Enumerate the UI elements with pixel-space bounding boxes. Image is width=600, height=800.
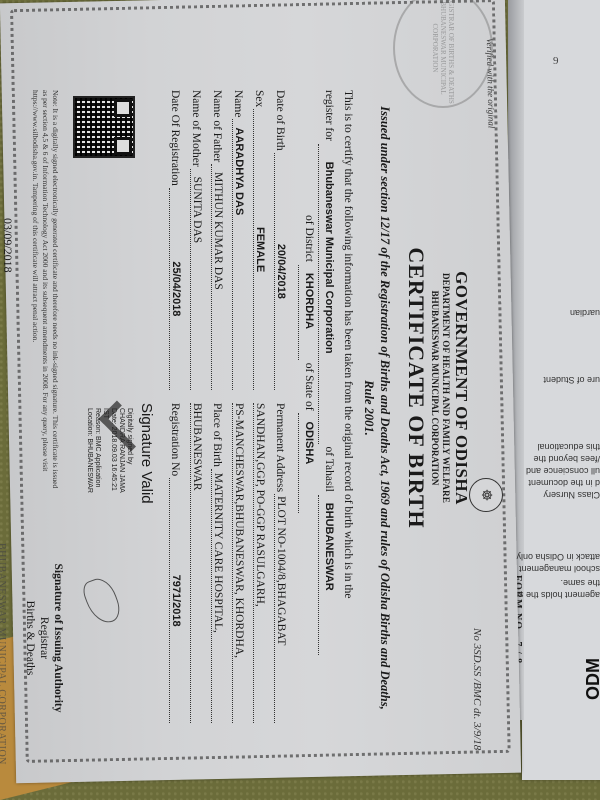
handwritten-reference: No 3SD.SS /BMC dt. 3/9/18 <box>470 628 483 750</box>
register-for-label: register for <box>323 90 335 141</box>
child-details: Date of Birth 20/04/2018 Sex FEMALE Name… <box>169 90 295 390</box>
qr-code-icon <box>73 96 135 158</box>
field-date-of-registration: Date Of Registration 25/04/2018 <box>169 90 190 390</box>
district-value: KHORDHA <box>298 265 318 360</box>
certificate-title: CERTIFICATE OF BIRTH <box>403 8 429 768</box>
field-father-name: Name of Father MITHUN KUMAR DAS <box>211 90 232 390</box>
background-form-line: Class Nursery <box>543 490 600 500</box>
background-form-line: ure of Student <box>543 375 600 385</box>
government-heading: GOVERNMENT OF ODISHA <box>451 8 471 768</box>
field-name: Name AARADHYA DAS <box>232 90 253 390</box>
field-place-of-birth: Place of Birth MATERNITY CARE HOSPITAL, <box>211 403 232 723</box>
address-line: SANDHAN,GGP, PO-GGP RASULGARH, <box>253 403 274 723</box>
district-label: of District <box>303 215 315 262</box>
background-form-line: the same. <box>560 578 600 588</box>
register-for-value: Bhubaneswar Municipal Corporation <box>318 144 338 444</box>
field-registration-number: Registration No 7971/2018 <box>169 403 190 723</box>
field-sex: Sex FEMALE <box>253 90 274 390</box>
background-form-line: uardian <box>570 308 600 318</box>
tahasil-label: of Tahasil <box>323 447 335 492</box>
background-form-line: /fees beyond the <box>533 454 600 464</box>
field-date-of-birth: Date of Birth 20/04/2018 <box>274 90 295 390</box>
issuing-authority: Signature of Issuing Authority Registrar… <box>23 528 65 748</box>
legal-note: Note: It is a digitally signed electroni… <box>30 90 60 490</box>
issued-under-text: Issued under section 12/17 of the Regist… <box>361 98 393 718</box>
ink-signature <box>80 574 124 627</box>
place-line: BHUBANESWAR <box>190 403 211 723</box>
certify-line: This is to certify that the following in… <box>338 90 357 730</box>
state-value: ODISHA <box>298 413 318 513</box>
page-number: 9 <box>553 55 559 67</box>
background-form-line: d in the document <box>528 478 600 488</box>
ashoka-emblem-icon: ☸ <box>469 478 503 512</box>
corporation-stamp: BHUBANESWAR MUNICIPAL CORPORATION <box>0 543 7 765</box>
odm-logo: ODM <box>583 658 600 700</box>
corporation-heading: BHUBANESWAR MUNICIPAL CORPORATION <box>430 8 440 768</box>
digital-signature-details: Digitally signed by CHANDRA RANJAN JAMA … <box>85 408 133 493</box>
signature-valid-label: Signature Valid <box>138 403 155 504</box>
address-line: PS-MANCHESWAR,BHUBANESWAR, KHORDHA, <box>232 403 253 723</box>
tahasil-value: BHUBANESWAR <box>318 495 338 655</box>
background-form-line: agement holds the sole <box>507 590 600 600</box>
background-form-line: ull conscience and <box>526 466 600 476</box>
state-label: of State of <box>303 363 315 411</box>
certify-paragraph: This is to certify that the following in… <box>298 90 357 730</box>
issue-date: 03/09/2018 <box>0 218 15 273</box>
background-form-line: this educational <box>537 442 600 452</box>
field-permanent-address: Permanent Address PLOT NO-1004/8,BHAGABA… <box>274 403 295 723</box>
field-mother-name: Name of Mother SUNITA DAS <box>190 90 211 390</box>
certificate-content: REGISTRAR OF BIRTHS & DEATHS BHUBANESWAR… <box>15 8 505 768</box>
address-details: Permanent Address PLOT NO-1004/8,BHAGABA… <box>169 403 295 723</box>
background-form-line: attack in Odisha only <box>516 552 600 562</box>
department-heading: DEPARTMENT OF HEALTH AND FAMILY WELFARE <box>441 8 451 768</box>
background-form-line: school management <box>519 564 600 574</box>
